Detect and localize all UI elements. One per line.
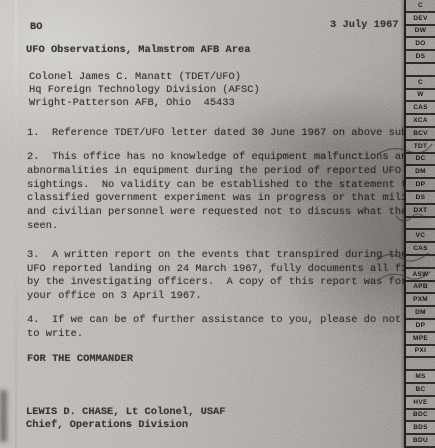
routing-cell: CAS — [406, 243, 435, 256]
routing-cell: PXI — [406, 346, 435, 359]
routing-cell: ASW — [406, 269, 435, 282]
routing-cell — [406, 256, 435, 269]
routing-cell — [406, 64, 435, 77]
routing-cell: MS — [406, 371, 435, 384]
routing-cell: DP — [406, 179, 435, 192]
recipient-address: Colonel James C. Manatt (TDET/UFO) Hq Fo… — [29, 71, 260, 111]
routing-cell: BDU — [406, 435, 435, 448]
closing-line: FOR THE COMMANDER — [27, 353, 133, 367]
routing-cell: BC — [406, 384, 435, 397]
routing-cell: TDT — [406, 141, 435, 154]
routing-cell — [406, 358, 435, 371]
paragraph-1: 1. Reference TDET/UFO letter dated 30 Ju… — [27, 127, 435, 141]
routing-cell: PXM — [406, 294, 435, 307]
document-date: 3 July 1967 — [330, 19, 399, 33]
routing-cell: HVE — [406, 397, 435, 410]
routing-cell: VC — [406, 230, 435, 243]
routing-cell: MPE — [406, 333, 435, 346]
routing-cell: DM — [406, 307, 435, 320]
routing-cell: DW — [406, 26, 435, 39]
subject-line: UFO Observations, Malmstrom AFB Area — [26, 44, 250, 58]
paragraph-3: 3. A written report on the events that t… — [27, 249, 435, 303]
routing-cell: APB — [406, 282, 435, 295]
scanned-memo-page: BO 3 July 1967 UFO Observations, Malmstr… — [0, 0, 435, 448]
routing-cell: DXT — [406, 205, 435, 218]
routing-cell: XCA — [406, 115, 435, 128]
routing-cell: BDS — [406, 422, 435, 435]
paragraph-4: 4. If we can be of further assistance to… — [27, 314, 435, 341]
routing-cell: DO — [406, 38, 435, 51]
routing-cell: CAS — [406, 102, 435, 115]
routing-cell: C — [406, 0, 435, 13]
office-symbol: BO — [30, 21, 42, 35]
routing-cell: DS — [406, 192, 435, 205]
paper-fold-line — [15, 0, 17, 448]
routing-cell: DC — [406, 154, 435, 167]
routing-stamp-strip: CDEVDWDODSCWCASXCABCVTDTDCDMDPDSDXTVCCAS… — [404, 0, 435, 448]
routing-cell: DS — [406, 51, 435, 64]
scan-edge-smudge — [0, 390, 7, 442]
routing-cell: DEV — [406, 13, 435, 26]
routing-cell — [406, 218, 435, 231]
routing-cell: BDC — [406, 410, 435, 423]
routing-cell: W — [406, 90, 435, 103]
paragraph-2: 2. This office has no knowledge of equip… — [27, 151, 435, 234]
signature-block: LEWIS D. CHASE, Lt Colonel, USAF Chief, … — [26, 406, 226, 432]
routing-cell: DP — [406, 320, 435, 333]
routing-cell: DM — [406, 166, 435, 179]
routing-cell: C — [406, 77, 435, 90]
routing-cell: BCV — [406, 128, 435, 141]
